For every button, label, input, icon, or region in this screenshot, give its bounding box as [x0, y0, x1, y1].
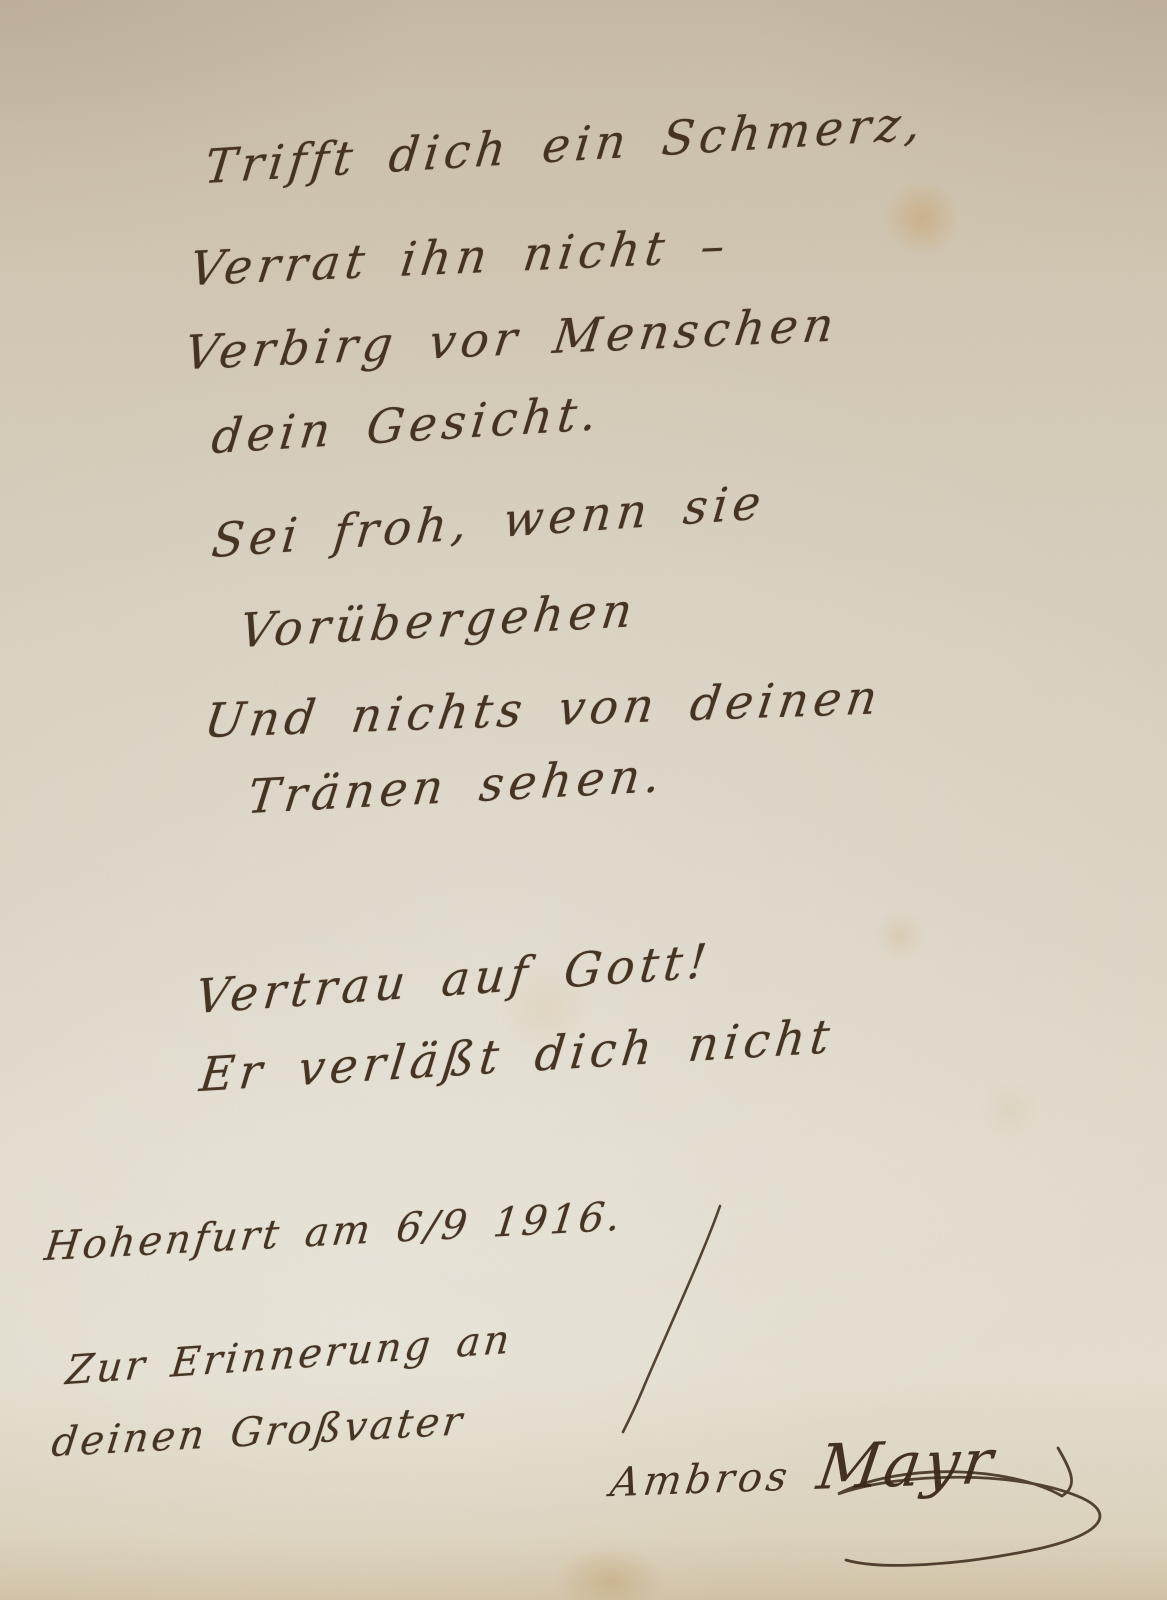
signature-first-name: Ambros [608, 1454, 795, 1507]
dateline: Hohenfurt am 6/9 1916. [42, 1194, 626, 1271]
poem-line-5: Sei froh, wenn sie [209, 475, 768, 569]
poem-line-2: Verrat ihn nicht – [186, 218, 733, 297]
poem-line-3: Verbirg vor Menschen [181, 297, 841, 381]
signature: AmbrosMayr [607, 1424, 1000, 1511]
signature-last-name: Mayr [813, 1424, 1000, 1504]
pen-flourish-stroke [623, 1206, 720, 1432]
poem-line-1: Trifft dich ein Schmerz, [202, 96, 928, 196]
manuscript-page: Trifft dich ein Schmerz, Verrat ihn nich… [0, 0, 1167, 1600]
poem-line-10: Er verläßt dich nicht [197, 1009, 837, 1103]
poem-line-7: Und nichts von deinen [201, 670, 885, 749]
dedication-line-1: Zur Erinnerung an [64, 1317, 515, 1395]
poem-line-6: Vorübergehen [237, 583, 641, 659]
poem-line-4: dein Gesicht. [209, 386, 605, 465]
dedication-line-2: deinen Großvater [49, 1398, 467, 1466]
poem-line-9: Vertrau auf Gott! [193, 934, 714, 1026]
poem-line-8: Tränen sehen. [245, 748, 669, 825]
